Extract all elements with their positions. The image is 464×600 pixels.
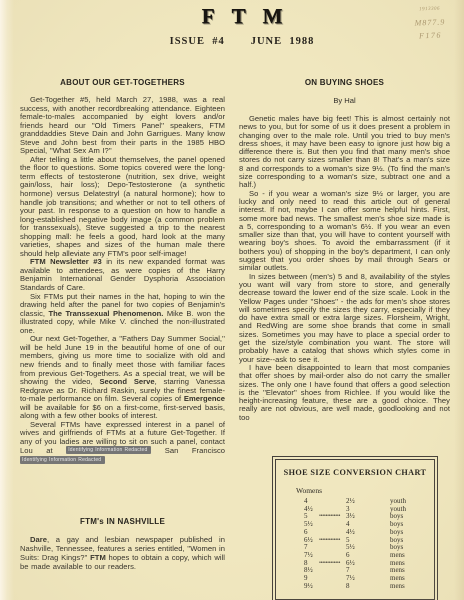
article-body: Genetic males have big feet! This is alm… — [239, 115, 450, 422]
leader-dots: ••••••••••••• — [319, 537, 346, 545]
paragraph: Our next Get-Together, a ''Fathers Day S… — [20, 335, 225, 420]
article-on-buying-shoes: ON BUYING SHOES By Hal Genetic males hav… — [239, 78, 450, 422]
paragraph: Dare, a gay and lesbian newspaper publis… — [20, 535, 225, 571]
chart-row: 97½mens — [280, 575, 430, 583]
paragraph: Six FTMs put their names in the hat, hop… — [20, 293, 225, 336]
chart-row: 8•••••••••••••6½mens — [280, 560, 430, 568]
masthead: FTM ISSUE #4 JUNE 1988 — [96, 4, 388, 47]
womens-size: 9½ — [304, 583, 319, 591]
leader-dots: ••••••••••••• — [319, 560, 346, 568]
chart-row: 6½•••••••••••••5boys — [280, 537, 430, 545]
handwriting-line: F176 — [400, 28, 460, 43]
size-category: mens — [390, 583, 430, 591]
leader-dots: ••••••••••••• — [319, 513, 346, 521]
chart-row: 5½4boys — [280, 521, 430, 529]
redaction-box: Identifying Information Redacted — [66, 446, 151, 454]
chart-rows: 42½youth4½3youth5•••••••••••••3½boys5½4b… — [280, 498, 430, 590]
mens-size: 8 — [346, 583, 390, 591]
article-heading: FTM's IN NASHVILLE — [20, 517, 225, 526]
paragraph: FTM Newsletter #3 in its new expanded fo… — [20, 258, 225, 292]
mens-size: 4½ — [346, 529, 390, 537]
text-run: Genetic males have big feet! This is alm… — [239, 114, 450, 189]
chart-row: 75½boys — [280, 544, 430, 552]
bold-text-run: Dare — [30, 535, 47, 544]
mens-size: 5½ — [346, 544, 390, 552]
chart-row: 64½boys — [280, 529, 430, 537]
mens-size: 2½ — [346, 498, 390, 506]
chart-row: 4½3youth — [280, 506, 430, 514]
chart-row: 9½8mens — [280, 583, 430, 591]
text-run: In sizes between (men's) 5 and 8, availa… — [239, 272, 450, 364]
article-get-togethers: ABOUT OUR GET-TOGETHERS Get-Together #5,… — [20, 78, 225, 466]
article-heading: ON BUYING SHOES — [239, 78, 450, 87]
text-run: After telling a little about themselves,… — [20, 155, 225, 258]
issue-date-line: ISSUE #4 JUNE 1988 — [96, 36, 388, 47]
logo-letter-t: T — [231, 4, 262, 28]
article-body: Get-Together #5, held March 27, 1988, wa… — [20, 96, 225, 466]
paragraph: In sizes between (men's) 5 and 8, availa… — [239, 273, 450, 364]
paragraph: I have been disappointed to learn that m… — [239, 364, 450, 422]
chart-row: 8½7mens — [280, 567, 430, 575]
chart-row: 5•••••••••••••3½boys — [280, 513, 430, 521]
redaction-box: Identifying Information Redacted — [20, 456, 105, 464]
bold-text-run: FTM — [90, 553, 106, 562]
article-heading: ABOUT OUR GET-TOGETHERS — [20, 78, 225, 87]
ftm-logo: FTM — [96, 4, 388, 29]
chart-title: SHOE SIZE CONVERSION CHART — [280, 468, 430, 477]
logo-letter-m: M — [263, 4, 300, 28]
article-byline: By Hal — [239, 96, 450, 105]
article-body: Dare, a gay and lesbian newspaper publis… — [20, 535, 225, 571]
handwritten-call-number: 1913306 M877.9 F176 — [399, 2, 460, 43]
chart-row: 42½youth — [280, 498, 430, 506]
issue-number: ISSUE #4 — [170, 36, 225, 47]
issue-date: JUNE 1988 — [251, 36, 315, 47]
chart-row: 7½6mens — [280, 552, 430, 560]
paragraph: After telling a little about themselves,… — [20, 156, 225, 259]
text-run: will be available for $6 on a first-come… — [20, 403, 225, 421]
text-run: So - if you wear a woman's size 9½ or la… — [239, 189, 450, 273]
paragraph: Get-Together #5, held March 27, 1988, wa… — [20, 96, 225, 156]
logo-letter-f: F — [202, 4, 232, 28]
chart-group-label: Womens — [296, 486, 430, 495]
mens-size: 3½ — [346, 513, 390, 521]
mens-size: 7½ — [346, 575, 390, 583]
text-run: Get-Together #5, held March 27, 1988, wa… — [20, 95, 225, 155]
shoe-size-conversion-chart: SHOE SIZE CONVERSION CHART Womens 42½you… — [272, 456, 438, 600]
chart-inner-frame: SHOE SIZE CONVERSION CHART Womens 42½you… — [275, 459, 435, 600]
paragraph: Genetic males have big feet! This is alm… — [239, 115, 450, 190]
text-run: I have been disappointed to learn that m… — [239, 363, 450, 422]
mens-size: 6½ — [346, 560, 390, 568]
text-run: San Francisco — [151, 446, 225, 455]
article-ftms-in-nashville: FTM's IN NASHVILLE Dare, a gay and lesbi… — [20, 517, 225, 571]
paragraph: So - if you wear a woman's size 9½ or la… — [239, 190, 450, 273]
paragraph: Several FTMs have expressed interest in … — [20, 421, 225, 466]
newsletter-page: FTM ISSUE #4 JUNE 1988 1913306 M877.9 F1… — [0, 0, 464, 600]
